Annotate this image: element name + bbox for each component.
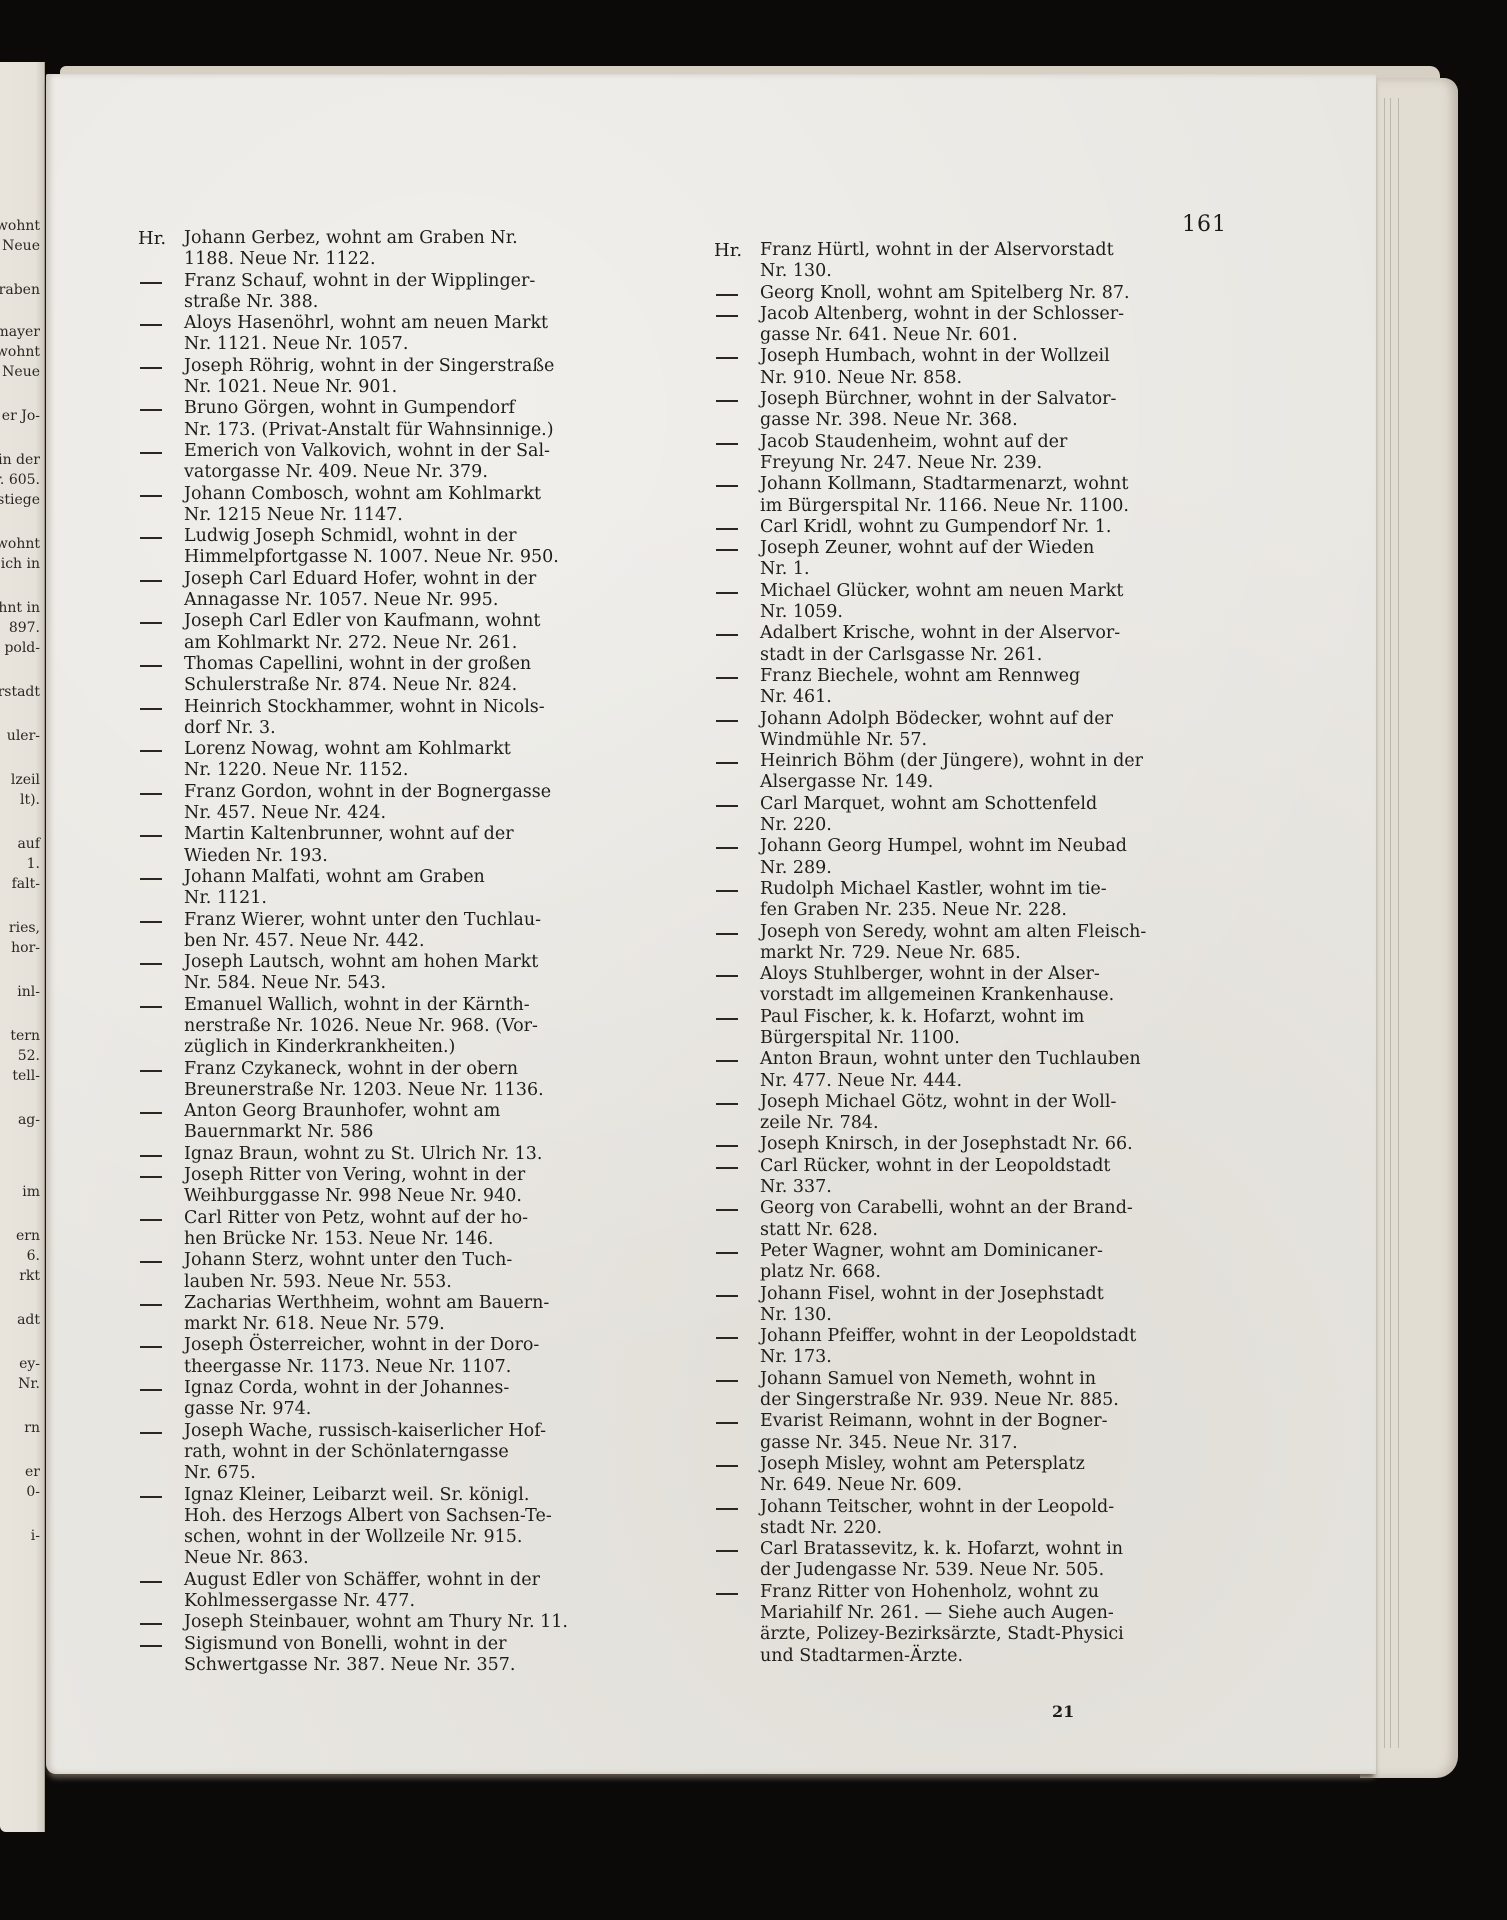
entry-text: Joseph Österreicher, wohnt in der Doro-t… [138,1335,664,1378]
facing-page-text: ries, [9,920,40,936]
directory-entry: Thomas Capellini, wohnt in der großenSch… [184,654,664,697]
entry-text: Franz Schauf, wohnt in der Wipplinger-st… [138,271,664,314]
facing-page-text: rstadt [0,684,40,700]
entry-line: Johann Georg Humpel, wohnt im Neubad [760,836,1240,857]
entry-text: Lorenz Nowag, wohnt am KohlmarktNr. 1220… [138,739,664,782]
directory-entry: Carl Marquet, wohnt am SchottenfeldNr. 2… [760,794,1240,837]
entry-text: Joseph Röhrig, wohnt in der Singerstraße… [138,356,664,399]
facing-page-text: 52. [18,1048,40,1064]
directory-entry: Carl Rücker, wohnt in der LeopoldstadtNr… [760,1156,1240,1199]
directory-entry: Michael Glücker, wohnt am neuen MarktNr.… [760,581,1240,624]
directory-entry: Bruno Görgen, wohnt in GumpendorfNr. 173… [184,398,664,441]
entry-text: Zacharias Werthheim, wohnt am Bauern-mar… [138,1293,664,1336]
directory-entry: Zacharias Werthheim, wohnt am Bauern-mar… [184,1293,664,1336]
facing-page-text: hnt in [0,600,40,616]
directory-entry: Franz Wierer, wohnt unter den Tuchlau-be… [184,910,664,953]
entry-line: Annagasse Nr. 1057. Neue Nr. 995. [184,590,664,611]
facing-page-text: 6. [27,1248,40,1264]
facing-page-text: r. 605. [0,472,40,488]
entry-line: Franz Ritter von Hohenholz, wohnt zu [760,1582,1240,1603]
directory-entry: Joseph Bürchner, wohnt in der Salvator-g… [760,389,1240,432]
entry-line: Johann Kollmann, Stadtarmenarzt, wohnt [760,474,1240,495]
entry-line: Kohlmessergasse Nr. 477. [184,1591,664,1612]
title-abbreviation: Hr. [138,228,172,249]
entry-text: Johann Combosch, wohnt am KohlmarktNr. 1… [138,484,664,527]
entry-text: Franz Czykaneck, wohnt in der obernBreun… [138,1059,664,1102]
entry-line: Emanuel Wallich, wohnt in der Kärnth- [184,995,664,1016]
directory-entry: Jacob Altenberg, wohnt in der Schlosser-… [760,304,1240,347]
entry-line: Nr. 1059. [760,602,1240,623]
entry-line: Jacob Staudenheim, wohnt auf der [760,432,1240,453]
directory-entry: Johann Adolph Bödecker, wohnt auf derWin… [760,709,1240,752]
entry-text: Carl Bratassevitz, k. k. Hofarzt, wohnt … [714,1539,1240,1582]
entry-text: Emanuel Wallich, wohnt in der Kärnth-ner… [138,995,664,1059]
entry-text: Sigismund von Bonelli, wohnt in derSchwe… [138,1634,664,1677]
directory-entry: Joseph Carl Eduard Hofer, wohnt in derAn… [184,569,664,612]
facing-page-text: auf [17,836,40,852]
left-column: Hr.Johann Gerbez, wohnt am Graben Nr.118… [184,228,664,1676]
directory-entry: Joseph Knirsch, in der Josephstadt Nr. 6… [760,1134,1240,1155]
facing-page-text: pold- [4,640,40,656]
directory-entry: Johann Samuel von Nemeth, wohnt inder Si… [760,1369,1240,1412]
directory-entry: Johann Combosch, wohnt am KohlmarktNr. 1… [184,484,664,527]
entry-line: Neue Nr. 863. [184,1548,664,1569]
entry-line: Joseph Misley, wohnt am Petersplatz [760,1454,1240,1475]
entry-text: Johann Sterz, wohnt unter den Tuch-laube… [138,1250,664,1293]
entry-line: Nr. 130. [760,1305,1240,1326]
entry-line: dorf Nr. 3. [184,718,664,739]
facing-page-text: uler- [7,728,40,744]
entry-line: vatorgasse Nr. 409. Neue Nr. 379. [184,462,664,483]
directory-entry: Carl Kridl, wohnt zu Gumpendorf Nr. 1. [760,517,1240,538]
facing-page-text: . wohnt [0,218,40,234]
directory-entry: Ludwig Joseph Schmidl, wohnt in derHimme… [184,526,664,569]
entry-line: stadt in der Carlsgasse Nr. 261. [760,645,1240,666]
entry-text: Jacob Altenberg, wohnt in der Schlosser-… [714,304,1240,347]
entry-line: 1188. Neue Nr. 1122. [184,249,664,270]
entry-line: Martin Kaltenbrunner, wohnt auf der [184,824,664,845]
entry-text: Johann Georg Humpel, wohnt im NeubadNr. … [714,836,1240,879]
entry-line: Georg von Carabelli, wohnt an der Brand- [760,1198,1240,1219]
entry-text: Ignaz Kleiner, Leibarzt weil. Sr. königl… [138,1485,664,1570]
entry-line: Evarist Reimann, wohnt in der Bogner- [760,1411,1240,1432]
entry-text: Anton Georg Braunhofer, wohnt amBauernma… [138,1101,664,1144]
entry-text: Joseph Zeuner, wohnt auf der WiedenNr. 1… [714,538,1240,581]
entry-line: ärzte, Polizey-Bezirksärzte, Stadt-Physi… [760,1624,1240,1645]
entry-text: Joseph Bürchner, wohnt in der Salvator-g… [714,389,1240,432]
entry-line: gasse Nr. 398. Neue Nr. 368. [760,410,1240,431]
entry-line: Joseph Knirsch, in der Josephstadt Nr. 6… [760,1134,1240,1155]
facing-page-text: rstiege [0,492,40,508]
directory-entry: August Edler von Schäffer, wohnt in derK… [184,1570,664,1613]
entry-line: gasse Nr. 641. Neue Nr. 601. [760,325,1240,346]
directory-entry: Franz Czykaneck, wohnt in der obernBreun… [184,1059,664,1102]
facing-page-text: Graben [0,282,40,298]
directory-entry: Franz Schauf, wohnt in der Wipplinger-st… [184,271,664,314]
entry-line: und Stadtarmen-Ärzte. [760,1646,1240,1667]
directory-entry: Carl Ritter von Petz, wohnt auf der ho-h… [184,1208,664,1251]
facing-page-text: tern [10,1028,40,1044]
entry-text: Heinrich Stockhammer, wohnt in Nicols-do… [138,697,664,740]
entry-line: Franz Wierer, wohnt unter den Tuchlau- [184,910,664,931]
entry-line: Nr. 289. [760,858,1240,879]
entry-line: Joseph von Seredy, wohnt am alten Fleisc… [760,922,1240,943]
directory-entry: Martin Kaltenbrunner, wohnt auf derWiede… [184,824,664,867]
entry-line: Joseph Wache, russisch-kaiserlicher Hof- [184,1421,664,1442]
entry-line: Ludwig Joseph Schmidl, wohnt in der [184,526,664,547]
entry-line: Johann Adolph Bödecker, wohnt auf der [760,709,1240,730]
directory-entry: Johann Kollmann, Stadtarmenarzt, wohntim… [760,474,1240,517]
entry-line: Nr. 173. (Privat-Anstalt für Wahnsinnige… [184,420,664,441]
entry-text: Georg Knoll, wohnt am Spitelberg Nr. 87. [714,283,1240,304]
entry-line: gasse Nr. 345. Neue Nr. 317. [760,1433,1240,1454]
facing-page-text: falt- [12,876,40,892]
entry-text: Franz Wierer, wohnt unter den Tuchlau-be… [138,910,664,953]
directory-entry: Joseph Röhrig, wohnt in der Singerstraße… [184,356,664,399]
entry-line: Joseph Österreicher, wohnt in der Doro- [184,1335,664,1356]
entry-line: züglich in Kinderkrankheiten.) [184,1037,664,1058]
facing-page-text: Nr. [18,1376,40,1392]
facing-page-text: ag- [18,1112,40,1128]
entry-line: hen Brücke Nr. 153. Neue Nr. 146. [184,1229,664,1250]
entry-text: Johann Adolph Bödecker, wohnt auf derWin… [714,709,1240,752]
entry-text: Peter Wagner, wohnt am Dominicaner-platz… [714,1241,1240,1284]
facing-page-text: rkt [19,1268,40,1284]
directory-entry: Evarist Reimann, wohnt in der Bogner-gas… [760,1411,1240,1454]
entry-line: Joseph Humbach, wohnt in der Wollzeil [760,346,1240,367]
facing-page-text: tell- [12,1068,40,1084]
entry-line: markt Nr. 618. Neue Nr. 579. [184,1314,664,1335]
entry-line: Joseph Carl Eduard Hofer, wohnt in der [184,569,664,590]
entry-line: platz Nr. 668. [760,1262,1240,1283]
entry-line: gasse Nr. 974. [184,1399,664,1420]
facing-page-text: ern [16,1228,40,1244]
directory-entry: Emanuel Wallich, wohnt in der Kärnth-ner… [184,995,664,1059]
entry-text: Johann Fisel, wohnt in der JosephstadtNr… [714,1284,1240,1327]
directory-entry: Rudolph Michael Kastler, wohnt im tie-fe… [760,879,1240,922]
entry-line: Franz Gordon, wohnt in der Bognergasse [184,782,664,803]
entry-text: Paul Fischer, k. k. Hofarzt, wohnt imBür… [714,1007,1240,1050]
facing-page-text: inl- [17,984,40,1000]
entry-line: Nr. 1220. Neue Nr. 1152. [184,760,664,781]
entry-text: Thomas Capellini, wohnt in der großenSch… [138,654,664,697]
directory-entry: Joseph von Seredy, wohnt am alten Fleisc… [760,922,1240,965]
entry-text: Franz Biechele, wohnt am RennwegNr. 461. [714,666,1240,709]
entry-line: Nr. 220. [760,815,1240,836]
entry-text: August Edler von Schäffer, wohnt in derK… [138,1570,664,1613]
directory-entry: Aloys Stuhlberger, wohnt in der Alser-vo… [760,964,1240,1007]
entry-line: Anton Georg Braunhofer, wohnt am [184,1101,664,1122]
directory-entry: Johann Malfati, wohnt am GrabenNr. 1121. [184,867,664,910]
entry-line: Nr. 173. [760,1347,1240,1368]
entry-line: fen Graben Nr. 235. Neue Nr. 228. [760,900,1240,921]
entry-line: der Judengasse Nr. 539. Neue Nr. 505. [760,1560,1240,1581]
entry-text: Ludwig Joseph Schmidl, wohnt in derHimme… [138,526,664,569]
facing-page-text: . Neue [0,238,40,254]
entry-line: Emerich von Valkovich, wohnt in der Sal- [184,441,664,462]
entry-text: Emerich von Valkovich, wohnt in der Sal-… [138,441,664,484]
entry-text: Joseph Humbach, wohnt in der WollzeilNr.… [714,346,1240,389]
entry-line: Carl Ritter von Petz, wohnt auf der ho- [184,1208,664,1229]
facing-page-text: im [22,1184,40,1200]
entry-text: Johann Teitscher, wohnt in der Leopold-s… [714,1497,1240,1540]
entry-line: Nr. 675. [184,1463,664,1484]
entry-line: Nr. 457. Neue Nr. 424. [184,803,664,824]
entry-text: Franz Ritter von Hohenholz, wohnt zuMari… [714,1582,1240,1667]
entry-text: Joseph Carl Eduard Hofer, wohnt in derAn… [138,569,664,612]
directory-entry: Joseph Misley, wohnt am PetersplatzNr. 6… [760,1454,1240,1497]
directory-entry: Joseph Michael Götz, wohnt in der Woll-z… [760,1092,1240,1135]
entry-line: markt Nr. 729. Neue Nr. 685. [760,943,1240,964]
entry-line: theergasse Nr. 1173. Neue Nr. 1107. [184,1357,664,1378]
entry-line: Nr. 477. Neue Nr. 444. [760,1071,1240,1092]
entry-text: Johann Samuel von Nemeth, wohnt inder Si… [714,1369,1240,1412]
entry-line: Himmelpfortgasse N. 1007. Neue Nr. 950. [184,547,664,568]
entry-line: Joseph Zeuner, wohnt auf der Wieden [760,538,1240,559]
entry-line: Carl Kridl, wohnt zu Gumpendorf Nr. 1. [760,517,1240,538]
entry-line: rath, wohnt in der Schönlaterngasse [184,1442,664,1463]
facing-page-text: ey- [19,1356,40,1372]
directory-entry: Georg Knoll, wohnt am Spitelberg Nr. 87. [760,283,1240,304]
entry-line: Franz Biechele, wohnt am Rennweg [760,666,1240,687]
right-column: Hr.Franz Hürtl, wohnt in der Alservorsta… [760,240,1240,1667]
entry-line: Jacob Altenberg, wohnt in der Schlosser- [760,304,1240,325]
entry-line: zeile Nr. 784. [760,1113,1240,1134]
entry-line: Carl Bratassevitz, k. k. Hofarzt, wohnt … [760,1539,1240,1560]
entry-line: Bauernmarkt Nr. 586 [184,1122,664,1143]
directory-entry: Sigismund von Bonelli, wohnt in derSchwe… [184,1634,664,1677]
directory-entry: Johann Pfeiffer, wohnt in der Leopoldsta… [760,1326,1240,1369]
entry-line: Adalbert Krische, wohnt in der Alservor- [760,623,1240,644]
directory-entry: Johann Fisel, wohnt in der JosephstadtNr… [760,1284,1240,1327]
entry-text: Joseph von Seredy, wohnt am alten Fleisc… [714,922,1240,965]
entry-line: ben Nr. 457. Neue Nr. 442. [184,931,664,952]
directory-entry: Lorenz Nowag, wohnt am KohlmarktNr. 1220… [184,739,664,782]
entry-text: Georg von Carabelli, wohnt an der Brand-… [714,1198,1240,1241]
entry-text: Johann Pfeiffer, wohnt in der Leopoldsta… [714,1326,1240,1369]
entry-line: im Bürgerspital Nr. 1166. Neue Nr. 1100. [760,496,1240,517]
entry-text: Joseph Ritter von Vering, wohnt in derWe… [138,1165,664,1208]
entry-text: Jacob Staudenheim, wohnt auf derFreyung … [714,432,1240,475]
entry-line: Schwertgasse Nr. 387. Neue Nr. 357. [184,1655,664,1676]
entry-line: Wieden Nr. 193. [184,846,664,867]
entry-text: Carl Rücker, wohnt in der LeopoldstadtNr… [714,1156,1240,1199]
entry-line: der Singerstraße Nr. 939. Neue Nr. 885. [760,1390,1240,1411]
directory-entry: Hr.Franz Hürtl, wohnt in der Alservorsta… [760,240,1240,283]
entry-line: Breunerstraße Nr. 1203. Neue Nr. 1136. [184,1080,664,1101]
directory-entry: Adalbert Krische, wohnt in der Alservor-… [760,623,1240,666]
entry-line: Joseph Michael Götz, wohnt in der Woll- [760,1092,1240,1113]
entry-line: Michael Glücker, wohnt am neuen Markt [760,581,1240,602]
entry-text: Joseph Lautsch, wohnt am hohen MarktNr. … [138,952,664,995]
entry-line: Aloys Stuhlberger, wohnt in der Alser- [760,964,1240,985]
entry-line: Nr. 1021. Neue Nr. 901. [184,377,664,398]
facing-page-text: 0- [26,1484,40,1500]
entry-line: Nr. 130. [760,261,1240,282]
facing-page-text: lzeil [11,772,40,788]
facing-page-text: wohnt [0,536,40,552]
directory-entry: Franz Ritter von Hohenholz, wohnt zuMari… [760,1582,1240,1667]
title-abbreviation: Hr. [714,240,748,261]
entry-line: schen, wohnt in der Wollzeile Nr. 915. [184,1527,664,1548]
entry-line: Nr. 649. Neue Nr. 609. [760,1475,1240,1496]
entry-line: Peter Wagner, wohnt am Dominicaner- [760,1241,1240,1262]
entry-line: straße Nr. 388. [184,292,664,313]
entry-text: Aloys Hasenöhrl, wohnt am neuen MarktNr.… [138,313,664,356]
facing-page-text: rn [24,1420,40,1436]
entry-text: Joseph Misley, wohnt am PetersplatzNr. 6… [714,1454,1240,1497]
directory-entry: Johann Sterz, wohnt unter den Tuch-laube… [184,1250,664,1293]
facing-page-text: 897. [9,620,40,636]
entry-line: Johann Malfati, wohnt am Graben [184,867,664,888]
directory-entry: Aloys Hasenöhrl, wohnt am neuen MarktNr.… [184,313,664,356]
facing-page-fragment: . wohnt. NeueGrabenrmayerwohntNeueer Jo-… [0,62,45,1832]
directory-entry: Georg von Carabelli, wohnt an der Brand-… [760,1198,1240,1241]
entry-line: Carl Marquet, wohnt am Schottenfeld [760,794,1240,815]
entry-line: Ignaz Kleiner, Leibarzt weil. Sr. königl… [184,1485,664,1506]
entry-line: Joseph Bürchner, wohnt in der Salvator- [760,389,1240,410]
entry-line: Heinrich Böhm (der Jüngere), wohnt in de… [760,751,1240,772]
entry-text: Joseph Wache, russisch-kaiserlicher Hof-… [138,1421,664,1485]
entry-line: Schulerstraße Nr. 874. Neue Nr. 824. [184,675,664,696]
signature-mark: 21 [1052,1702,1074,1721]
entry-line: Paul Fischer, k. k. Hofarzt, wohnt im [760,1007,1240,1028]
entry-line: Franz Czykaneck, wohnt in der obern [184,1059,664,1080]
entry-line: Joseph Steinbauer, wohnt am Thury Nr. 11… [184,1612,664,1633]
entry-line: Joseph Carl Edler von Kaufmann, wohnt [184,611,664,632]
entry-line: Johann Combosch, wohnt am Kohlmarkt [184,484,664,505]
page-number: 161 [1182,212,1227,237]
entry-text: Johann Gerbez, wohnt am Graben Nr.1188. … [138,228,664,271]
facing-page-text: 1. [27,856,40,872]
directory-entry: Heinrich Stockhammer, wohnt in Nicols-do… [184,697,664,740]
entry-line: Johann Teitscher, wohnt in der Leopold- [760,1497,1240,1518]
directory-entry: Joseph Ritter von Vering, wohnt in derWe… [184,1165,664,1208]
facing-page-text: Neue [2,364,40,380]
entry-line: Zacharias Werthheim, wohnt am Bauern- [184,1293,664,1314]
entry-line: Johann Pfeiffer, wohnt in der Leopoldsta… [760,1326,1240,1347]
directory-entry: Joseph Steinbauer, wohnt am Thury Nr. 11… [184,1612,664,1633]
entry-text: Joseph Carl Edler von Kaufmann, wohntam … [138,611,664,654]
facing-page-text: rmayer [0,324,40,340]
entry-line: Joseph Röhrig, wohnt in der Singerstraße [184,356,664,377]
entry-text: Anton Braun, wohnt unter den TuchlaubenN… [714,1049,1240,1092]
entry-line: Nr. 1215 Neue Nr. 1147. [184,505,664,526]
entry-line: Bürgerspital Nr. 1100. [760,1028,1240,1049]
entry-text: Ignaz Corda, wohnt in der Johannes-gasse… [138,1378,664,1421]
entry-line: Bruno Görgen, wohnt in Gumpendorf [184,398,664,419]
entry-text: Adalbert Krische, wohnt in der Alservor-… [714,623,1240,666]
entry-line: Heinrich Stockhammer, wohnt in Nicols- [184,697,664,718]
directory-entry: Anton Braun, wohnt unter den TuchlaubenN… [760,1049,1240,1092]
directory-entry: Carl Bratassevitz, k. k. Hofarzt, wohnt … [760,1539,1240,1582]
directory-entry: Joseph Österreicher, wohnt in der Doro-t… [184,1335,664,1378]
directory-entry: Jacob Staudenheim, wohnt auf derFreyung … [760,432,1240,475]
facing-page-text: lt). [20,792,40,808]
entry-text: Joseph Michael Götz, wohnt in der Woll-z… [714,1092,1240,1135]
directory-entry: Johann Georg Humpel, wohnt im NeubadNr. … [760,836,1240,879]
entry-line: Hoh. des Herzogs Albert von Sachsen-Te- [184,1506,664,1527]
entry-line: nerstraße Nr. 1026. Neue Nr. 968. (Vor- [184,1016,664,1037]
entry-line: Rudolph Michael Kastler, wohnt im tie- [760,879,1240,900]
directory-entry: Franz Gordon, wohnt in der BognergasseNr… [184,782,664,825]
entry-line: Franz Hürtl, wohnt in der Alservorstadt [760,240,1240,261]
entry-line: Nr. 1121. Neue Nr. 1057. [184,334,664,355]
directory-entry: Paul Fischer, k. k. Hofarzt, wohnt imBür… [760,1007,1240,1050]
entry-line: Alsergasse Nr. 149. [760,772,1240,793]
entry-line: Nr. 910. Neue Nr. 858. [760,368,1240,389]
entry-line: Nr. 584. Neue Nr. 543. [184,973,664,994]
page-stack-line [1384,98,1385,1748]
entry-line: Ignaz Braun, wohnt zu St. Ulrich Nr. 13. [184,1144,664,1165]
entry-line: Anton Braun, wohnt unter den Tuchlauben [760,1049,1240,1070]
entry-text: Evarist Reimann, wohnt in der Bogner-gas… [714,1411,1240,1454]
entry-line: Joseph Ritter von Vering, wohnt in der [184,1165,664,1186]
entry-line: Nr. 1121. [184,888,664,909]
entry-text: Carl Kridl, wohnt zu Gumpendorf Nr. 1. [714,517,1240,538]
directory-entry: Franz Biechele, wohnt am RennwegNr. 461. [760,666,1240,709]
entry-line: Aloys Hasenöhrl, wohnt am neuen Markt [184,313,664,334]
facing-page-text: hor- [11,940,40,956]
entry-line: Sigismund von Bonelli, wohnt in der [184,1634,664,1655]
facing-page-text: wohnt [0,344,40,360]
directory-entry: Joseph Zeuner, wohnt auf der WiedenNr. 1… [760,538,1240,581]
directory-entry: Joseph Lautsch, wohnt am hohen MarktNr. … [184,952,664,995]
entry-line: Johann Samuel von Nemeth, wohnt in [760,1369,1240,1390]
entry-line: Johann Sterz, wohnt unter den Tuch- [184,1250,664,1271]
directory-entry: Ignaz Corda, wohnt in der Johannes-gasse… [184,1378,664,1421]
directory-entry: Joseph Carl Edler von Kaufmann, wohntam … [184,611,664,654]
entry-line: am Kohlmarkt Nr. 272. Neue Nr. 261. [184,633,664,654]
entry-line: Lorenz Nowag, wohnt am Kohlmarkt [184,739,664,760]
entry-line: Georg Knoll, wohnt am Spitelberg Nr. 87. [760,283,1240,304]
facing-page-text: ich in [1,556,40,572]
entry-text: Ignaz Braun, wohnt zu St. Ulrich Nr. 13. [138,1144,664,1165]
directory-entry: Hr.Johann Gerbez, wohnt am Graben Nr.118… [184,228,664,271]
facing-page-text: er [25,1464,40,1480]
entry-text: Martin Kaltenbrunner, wohnt auf derWiede… [138,824,664,867]
entry-line: August Edler von Schäffer, wohnt in der [184,1570,664,1591]
entry-line: Thomas Capellini, wohnt in der großen [184,654,664,675]
entry-line: Johann Fisel, wohnt in der Josephstadt [760,1284,1240,1305]
entry-line: Freyung Nr. 247. Neue Nr. 239. [760,453,1240,474]
entry-line: Johann Gerbez, wohnt am Graben Nr. [184,228,664,249]
directory-entry: Johann Teitscher, wohnt in der Leopold-s… [760,1497,1240,1540]
entry-line: Franz Schauf, wohnt in der Wipplinger- [184,271,664,292]
page-stack-line [1398,98,1399,1748]
directory-entry: Joseph Humbach, wohnt in der WollzeilNr.… [760,346,1240,389]
directory-entry: Ignaz Braun, wohnt zu St. Ulrich Nr. 13. [184,1144,664,1165]
entry-text: Johann Kollmann, Stadtarmenarzt, wohntim… [714,474,1240,517]
entry-text: Heinrich Böhm (der Jüngere), wohnt in de… [714,751,1240,794]
facing-page-text: er Jo- [2,408,40,424]
entry-line: stadt Nr. 220. [760,1518,1240,1539]
directory-entry: Ignaz Kleiner, Leibarzt weil. Sr. königl… [184,1485,664,1570]
entry-text: Carl Ritter von Petz, wohnt auf der ho-h… [138,1208,664,1251]
entry-line: Weihburggasse Nr. 998 Neue Nr. 940. [184,1186,664,1207]
entry-line: vorstadt im allgemeinen Krankenhause. [760,985,1240,1006]
facing-page-text: i- [31,1528,40,1544]
entry-line: Nr. 337. [760,1177,1240,1198]
entry-text: Joseph Knirsch, in der Josephstadt Nr. 6… [714,1134,1240,1155]
directory-entry: Heinrich Böhm (der Jüngere), wohnt in de… [760,751,1240,794]
entry-text: Michael Glücker, wohnt am neuen MarktNr.… [714,581,1240,624]
entry-line: Ignaz Corda, wohnt in der Johannes- [184,1378,664,1399]
entry-text: Bruno Görgen, wohnt in GumpendorfNr. 173… [138,398,664,441]
entry-text: Joseph Steinbauer, wohnt am Thury Nr. 11… [138,1612,664,1633]
entry-line: Windmühle Nr. 57. [760,730,1240,751]
entry-text: Franz Gordon, wohnt in der BognergasseNr… [138,782,664,825]
